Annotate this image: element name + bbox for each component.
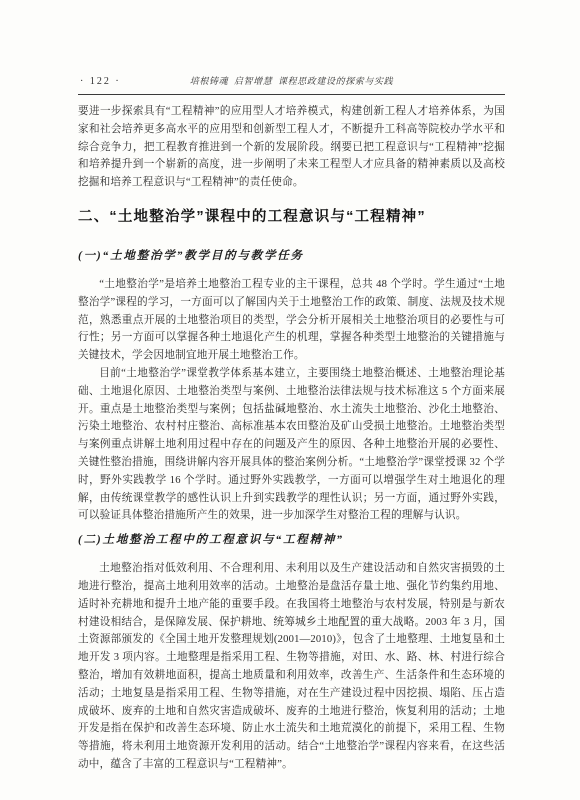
page-body: 要进一步探索具有“工程精神”的应用型人才培养模式，构建创新工程人才培养体系，为国… [78, 103, 505, 774]
paragraph-course-system: 目前“土地整治学”课堂教学体系基本建立，主要围绕土地整治概述、土地整治理论基础、… [78, 365, 505, 525]
paragraph-land-consolidation: 土地整治指对低效利用、不合理利用、未利用以及生产建设活动和自然灾害损毁的土地进行… [78, 560, 505, 774]
paragraph-teaching-goals: “土地整治学”是培养土地整治工程专业的主干课程，总共 48 个学时。学生通过“土… [78, 276, 505, 365]
header-rule [78, 94, 505, 95]
document-page: · 122 · 培根铸魂 启智增慧 课程思政建设的探索与实践 要进一步探索具有“… [0, 0, 580, 800]
page-header: · 122 · 培根铸魂 启智增慧 课程思政建设的探索与实践 [78, 74, 505, 89]
section-heading: 二、“土地整治学”课程中的工程意识与“工程精神” [78, 209, 505, 226]
page-number: · 122 · [80, 74, 121, 89]
paragraph-continuation: 要进一步探索具有“工程精神”的应用型人才培养模式，构建创新工程人才培养体系，为国… [78, 103, 505, 192]
subsection-heading-1: (一)“土地整治学”教学目的与教学任务 [78, 249, 505, 264]
running-title: 培根铸魂 启智增慧 课程思政建设的探索与实践 [78, 74, 505, 89]
subsection-heading-2: (二)土地整治工程中的工程意识与“工程精神” [78, 533, 505, 548]
